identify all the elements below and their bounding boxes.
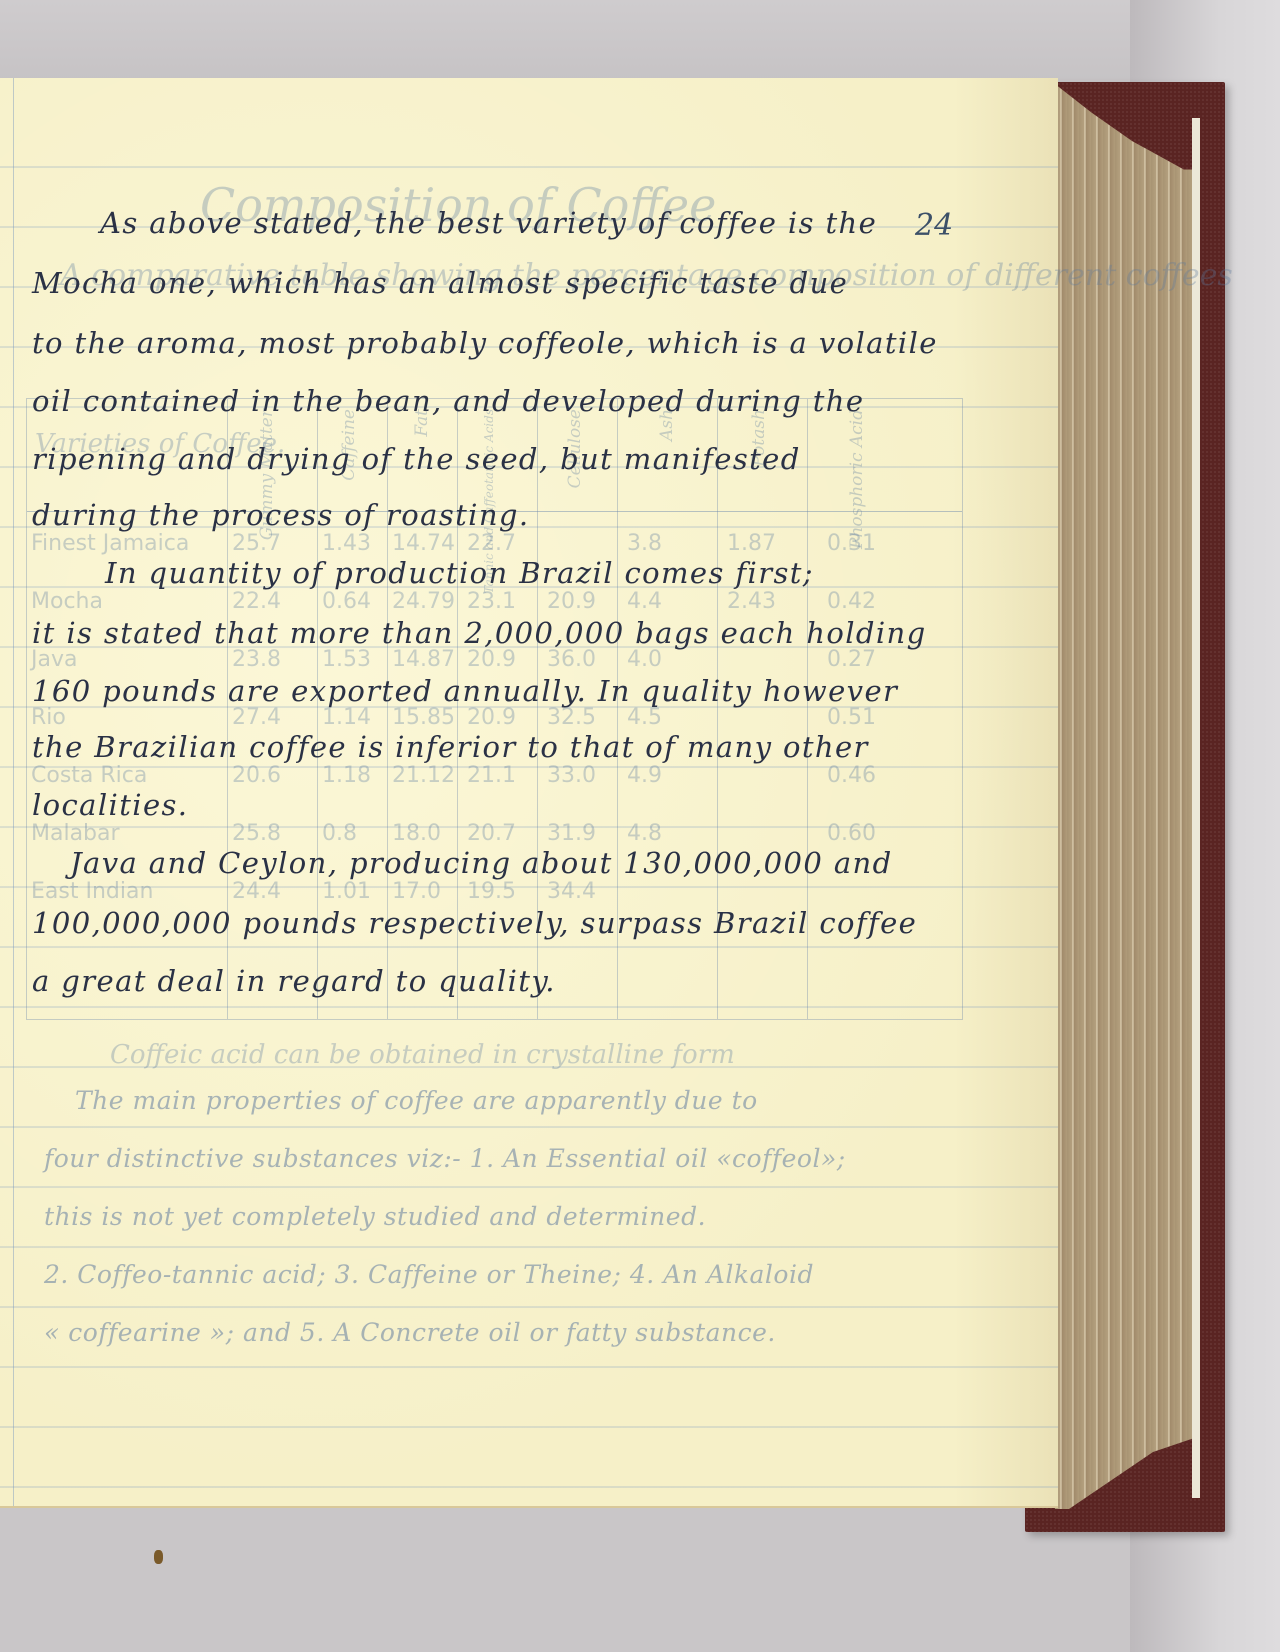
page-number: 24	[915, 208, 953, 243]
text-line: during the process of roasting.	[32, 498, 530, 532]
text-line: Mocha one, which has an almost specific …	[32, 266, 848, 300]
faint-text-line: « coffearine »; and 5. A Concrete oil or…	[44, 1318, 776, 1347]
ink-stain	[154, 1550, 163, 1564]
text-line: Java and Ceylon, producing about 130,000…	[70, 846, 893, 880]
faint-text-line: 2. Coffeo-tannic acid; 3. Caffeine or Th…	[44, 1260, 814, 1289]
background-surface	[0, 0, 1280, 80]
manuscript-page: Composition of Coffee A comparative tabl…	[0, 78, 1058, 1508]
text-line: In quantity of production Brazil comes f…	[105, 556, 814, 590]
text-line: 100,000,000 pounds respectively, surpass…	[32, 906, 917, 940]
text-line: 160 pounds are exported annually. In qua…	[32, 674, 898, 708]
page-fore-edge	[1055, 84, 1195, 1509]
text-line: As above stated, the best variety of cof…	[100, 206, 877, 240]
faint-text-line: four distinctive substances viz:- 1. An …	[44, 1144, 846, 1173]
margin-line	[13, 78, 14, 1506]
text-line: to the aroma, most probably coffeole, wh…	[32, 326, 938, 360]
faint-text-line: The main properties of coffee are appare…	[75, 1086, 758, 1115]
end-sheet	[1192, 118, 1200, 1498]
faint-text-line: this is not yet completely studied and d…	[44, 1202, 706, 1231]
text-line: a great deal in regard to quality.	[32, 964, 556, 998]
text-line: oil contained in the bean, and developed…	[32, 384, 864, 418]
text-line: ripening and drying of the seed, but man…	[32, 442, 801, 476]
text-line: it is stated that more than 2,000,000 ba…	[32, 616, 927, 650]
text-line: the Brazilian coffee is inferior to that…	[32, 730, 869, 764]
text-line: localities.	[32, 788, 188, 822]
